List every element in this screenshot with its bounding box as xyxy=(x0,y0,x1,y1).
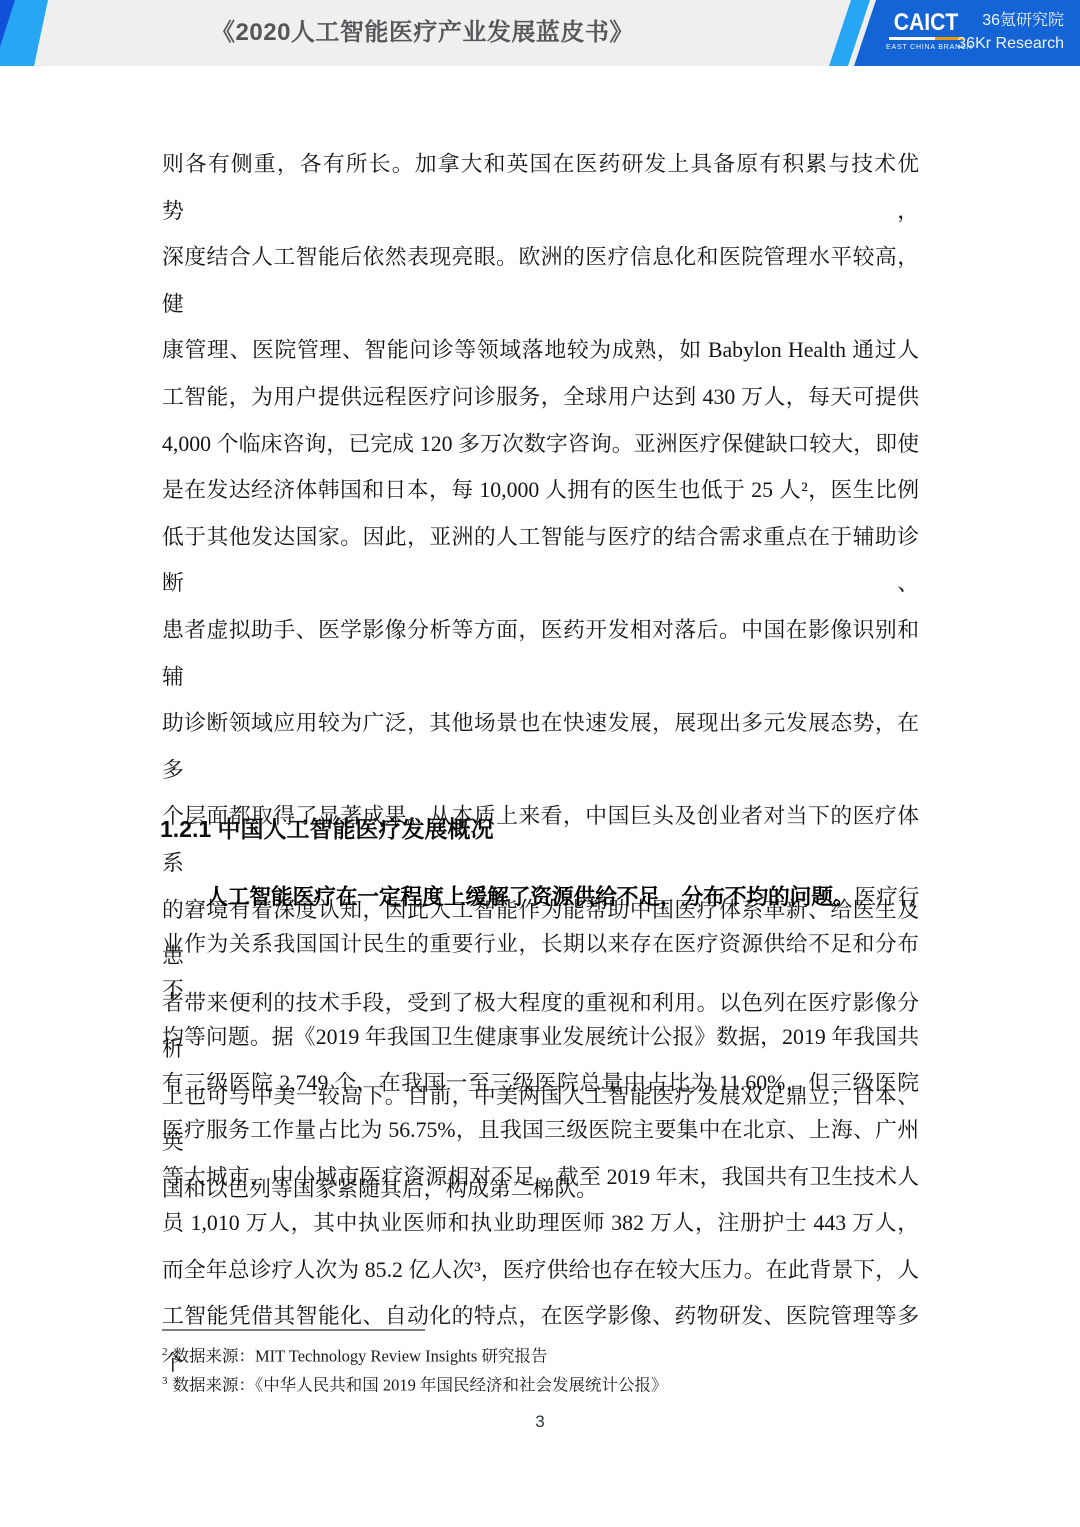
text-line: 深度结合人工智能后依然表现亮眼。欧洲的医疗信息化和医院管理水平较高，健 xyxy=(162,234,919,327)
text-line: 低于其他发达国家。因此，亚洲的人工智能与医疗的结合需求重点在于辅助诊断、 xyxy=(162,514,919,607)
text-line: 人工智能医疗在一定程度上缓解了资源供给不足，分布不均的问题。医疗行 xyxy=(162,874,919,921)
page: 《2020人工智能医疗产业发展蓝皮书》 CAICT EAST CHINA BRA… xyxy=(0,0,1080,1527)
text-line: 是在发达经济体韩国和日本，每 10,000 人拥有的医生也低于 25 人²，医生… xyxy=(162,467,919,514)
underline-white-segment xyxy=(889,37,935,40)
lead-sentence: 人工智能医疗在一定程度上缓解了资源供给不足，分布不均的问题。 xyxy=(206,884,854,909)
caict-logo: CAICT EAST CHINA BRANCH xyxy=(886,11,966,51)
footnote-marker: 2 xyxy=(162,1346,168,1358)
caict-logo-text: CAICT xyxy=(891,11,961,35)
org-name: 36氪研究院 36Kr Research xyxy=(957,9,1064,55)
caict-logo-underline xyxy=(889,37,963,40)
footnote: 3数据来源：《中华人民共和国 2019 年国民经济和社会发展统计公报》 xyxy=(162,1369,919,1398)
caict-branch-label: EAST CHINA BRANCH xyxy=(886,44,966,51)
page-header: 《2020人工智能医疗产业发展蓝皮书》 CAICT EAST CHINA BRA… xyxy=(0,0,1080,66)
section-heading: 1.2.1 中国人工智能医疗发展概况 xyxy=(160,806,494,852)
footnote-marker: 3 xyxy=(162,1375,168,1387)
text-line: 等大城市，中小城市医疗资源相对不足。截至 2019 年末，我国共有卫生技术人 xyxy=(162,1154,919,1201)
text-line: 工智能，为用户提供远程医疗问诊服务，全球用户达到 430 万人，每天可提供 xyxy=(162,374,919,421)
footnotes: 2数据来源：MIT Technology Review Insights 研究报… xyxy=(162,1329,919,1398)
paragraph-2: 人工智能医疗在一定程度上缓解了资源供给不足，分布不均的问题。医疗行 业作为关系我… xyxy=(162,874,919,1387)
text-line: 则各有侧重，各有所长。加拿大和英国在医药研发上具备原有积累与技术优势， xyxy=(162,141,919,234)
text-line: 而全年总诊疗人次为 85.2 亿人次³，医疗供给也存在较大压力。在此背景下，人 xyxy=(162,1247,919,1294)
text-line: 均等问题。据《2019 年我国卫生健康事业发展统计公报》数据，2019 年我国共 xyxy=(162,1014,919,1061)
text-line: 医疗服务工作量占比为 56.75%，且我国三级医院主要集中在北京、上海、广州 xyxy=(162,1107,919,1154)
footnote-divider xyxy=(162,1329,425,1331)
org-name-cn: 36氪研究院 xyxy=(957,9,1064,32)
text-line: 员 1,010 万人，其中执业医师和执业助理医师 382 万人，注册护士 443… xyxy=(162,1200,919,1247)
footnote: 2数据来源：MIT Technology Review Insights 研究报… xyxy=(162,1340,919,1369)
text-line: 4,000 个临床咨询，已完成 120 多万次数字咨询。亚洲医疗保健缺口较大，即… xyxy=(162,421,919,468)
text-line: 康管理、医院管理、智能问诊等领域落地较为成熟，如 Babylon Health … xyxy=(162,327,919,374)
text-line: 患者虚拟助手、医学影像分析等方面，医药开发相对落后。中国在影像识别和辅 xyxy=(162,607,919,700)
text-line: 助诊断领域应用较为广泛，其他场景也在快速发展，展现出多元发展态势，在多 xyxy=(162,700,919,793)
org-name-en: 36Kr Research xyxy=(957,32,1064,55)
line-continuation: 医疗行 xyxy=(854,885,919,909)
footnote-text: 数据来源：《中华人民共和国 2019 年国民经济和社会发展统计公报》 xyxy=(173,1376,668,1395)
document-title: 《2020人工智能医疗产业发展蓝皮书》 xyxy=(0,0,845,66)
text-line: 有三级医院 2,749 个，在我国一至三级医院总量中占比为 11.60%，但三级… xyxy=(162,1060,919,1107)
page-number: 3 xyxy=(0,1412,1080,1432)
text-line: 业作为关系我国国计民生的重要行业，长期以来存在医疗资源供给不足和分布不 xyxy=(162,921,919,1014)
footnote-text: 数据来源：MIT Technology Review Insights 研究报告 xyxy=(173,1347,548,1366)
